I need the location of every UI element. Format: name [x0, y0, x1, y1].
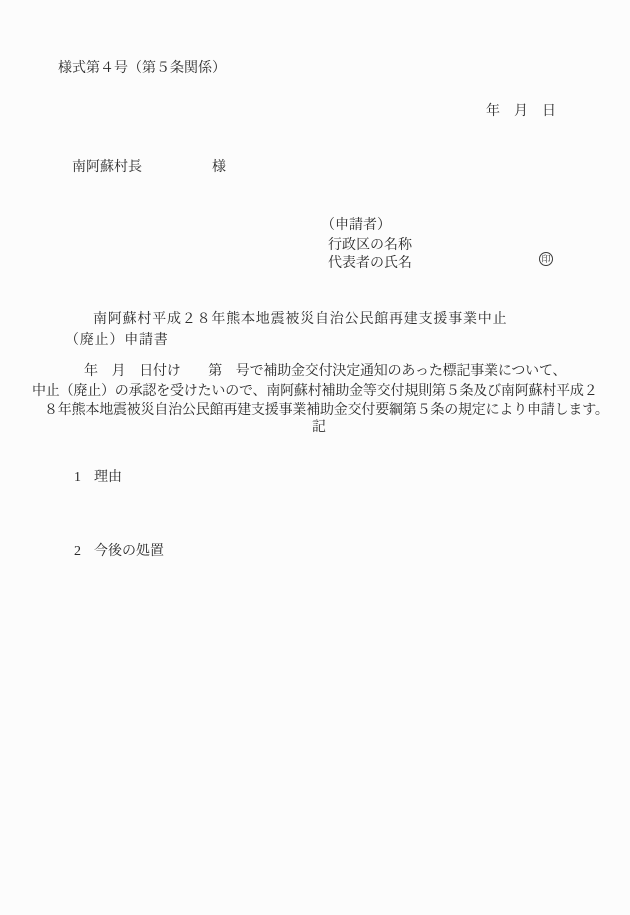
applicant-label: （申請者）: [321, 218, 391, 233]
ki-heading: 記: [33, 420, 605, 435]
section-label: 理由: [94, 470, 122, 485]
district-name-label: 行政区の名称: [328, 238, 412, 253]
section-row-future-measures: 2今後の処置: [60, 529, 164, 574]
section-number: 1: [74, 470, 94, 485]
representative-name-label: 代表者の氏名: [328, 256, 412, 271]
document-page: 様式第４号（第５条関係） 年 月 日 南阿蘇村長 様 （申請者） 行政区の名称 …: [0, 0, 630, 915]
form-number: 様式第４号（第５条関係）: [58, 61, 226, 76]
document-title-line-2: （廃止）申請書: [65, 333, 169, 348]
seal-mark-icon: 印: [539, 252, 553, 266]
section-row-reason: 1理由: [60, 455, 122, 500]
document-title-line-1: 南阿蘇村平成２８年熊本地震被災自治公民館再建支援事業中止: [93, 312, 507, 327]
section-label: 今後の処置: [94, 544, 164, 559]
body-paragraph-line-1: 年 月 日付け 第 号で補助金交付決定通知のあった標記事業について、: [84, 364, 566, 379]
date-placeholder: 年 月 日: [486, 104, 556, 119]
addressee-line: 南阿蘇村長 様: [72, 160, 226, 175]
body-paragraph-line-3: ８年熊本地震被災自治公民館再建支援事業補助金交付要綱第５条の規定により申請します…: [44, 403, 609, 418]
body-paragraph-line-2: 中止（廃止）の承認を受けたいので、南阿蘇村補助金等交付規則第５条及び南阿蘇村平成…: [32, 384, 598, 399]
section-number: 2: [74, 544, 94, 559]
seal-character: 印: [541, 255, 550, 264]
